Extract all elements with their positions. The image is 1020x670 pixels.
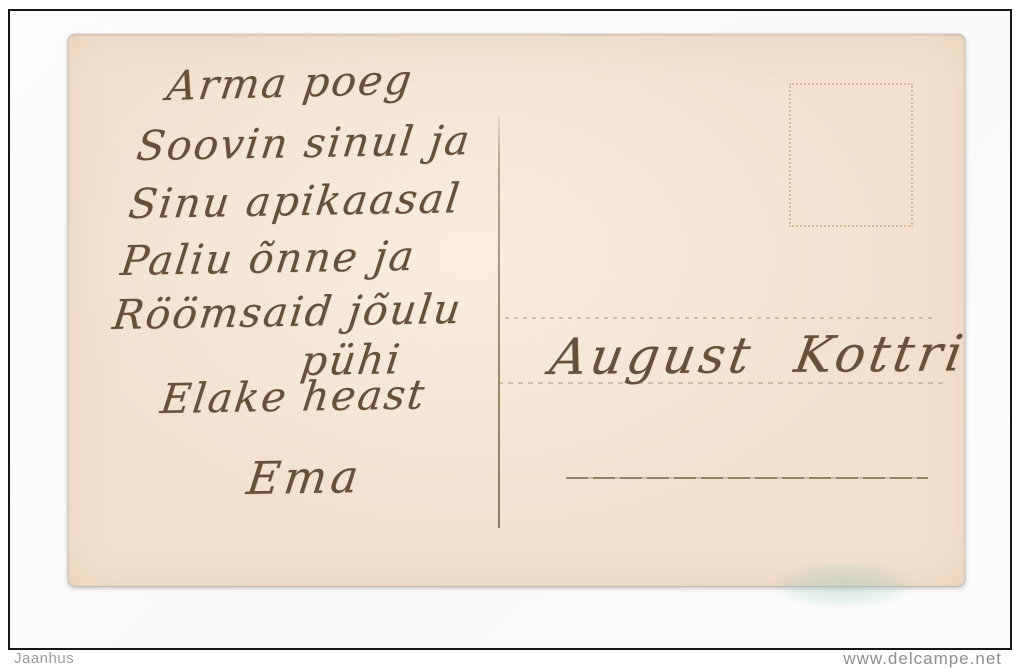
address-dotted-line-3 [566,477,928,479]
message-line-7: Elake heast [158,370,429,423]
address-dotted-line-1 [505,317,937,319]
signature-ema: Ema [244,450,365,505]
message-line-1: Arma poeg [164,56,416,110]
recipient-name: August Kottri [546,324,971,386]
watermark-seller: Jaanhus [14,650,74,667]
stamp-box [789,83,913,227]
scan-frame: Arma poeg Soovin sinul ja Sinu apikaasal… [8,9,1012,650]
message-line-4: Paliu õnne ja [118,232,418,285]
message-line-5: Röömsaid jõulu [110,285,465,339]
watermark-site: www.delcampe.net [843,649,1002,669]
divider-line [498,116,500,528]
postcard-back: Arma poeg Soovin sinul ja Sinu apikaasal… [68,34,965,586]
stain-mark [773,562,913,608]
message-line-3: Sinu apikaasal [126,174,464,228]
message-line-2: Soovin sinul ja [134,116,474,170]
